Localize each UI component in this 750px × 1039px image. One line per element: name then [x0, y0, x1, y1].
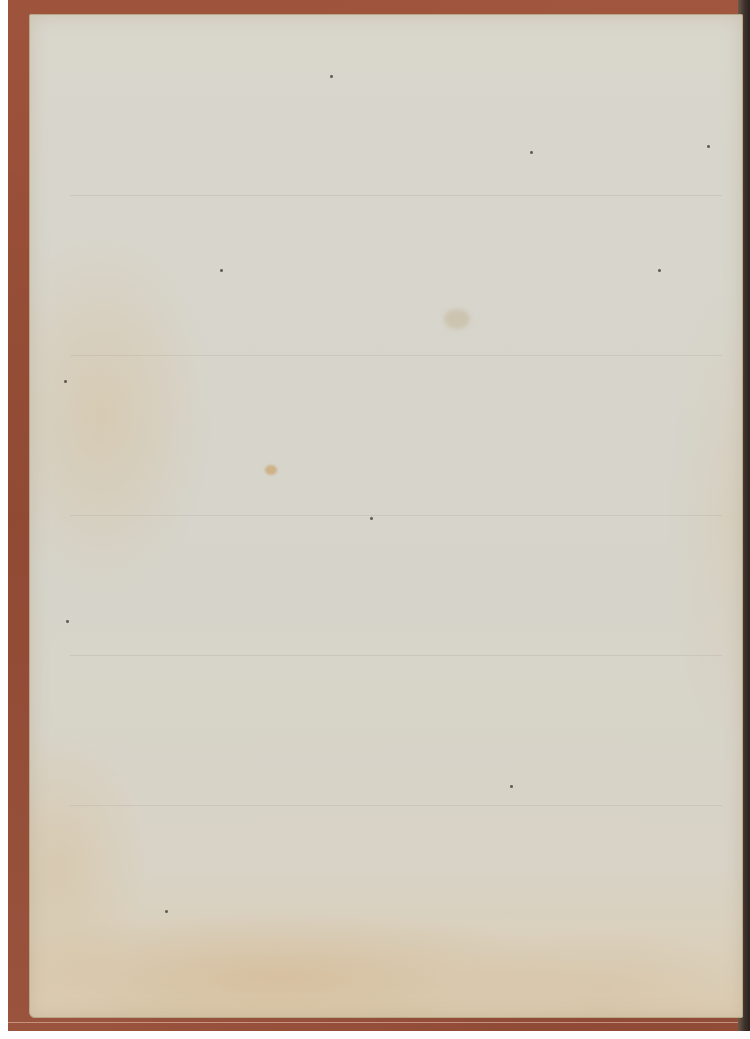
speck	[658, 269, 661, 272]
speck	[530, 151, 533, 154]
binding-gilt-rule	[8, 1022, 750, 1023]
blank-paper-leaf	[29, 14, 743, 1018]
speck	[330, 75, 333, 78]
chain-line	[70, 355, 722, 356]
amber-stain	[265, 465, 277, 475]
speck	[64, 380, 67, 383]
chain-line	[70, 805, 722, 806]
speck	[66, 620, 69, 623]
chain-line	[70, 655, 722, 656]
speck	[370, 517, 373, 520]
speck	[165, 910, 168, 913]
chain-line	[70, 195, 722, 196]
grey-smudge	[444, 309, 470, 329]
chain-line	[70, 515, 722, 516]
speck	[510, 785, 513, 788]
speck	[220, 269, 223, 272]
speck	[707, 145, 710, 148]
